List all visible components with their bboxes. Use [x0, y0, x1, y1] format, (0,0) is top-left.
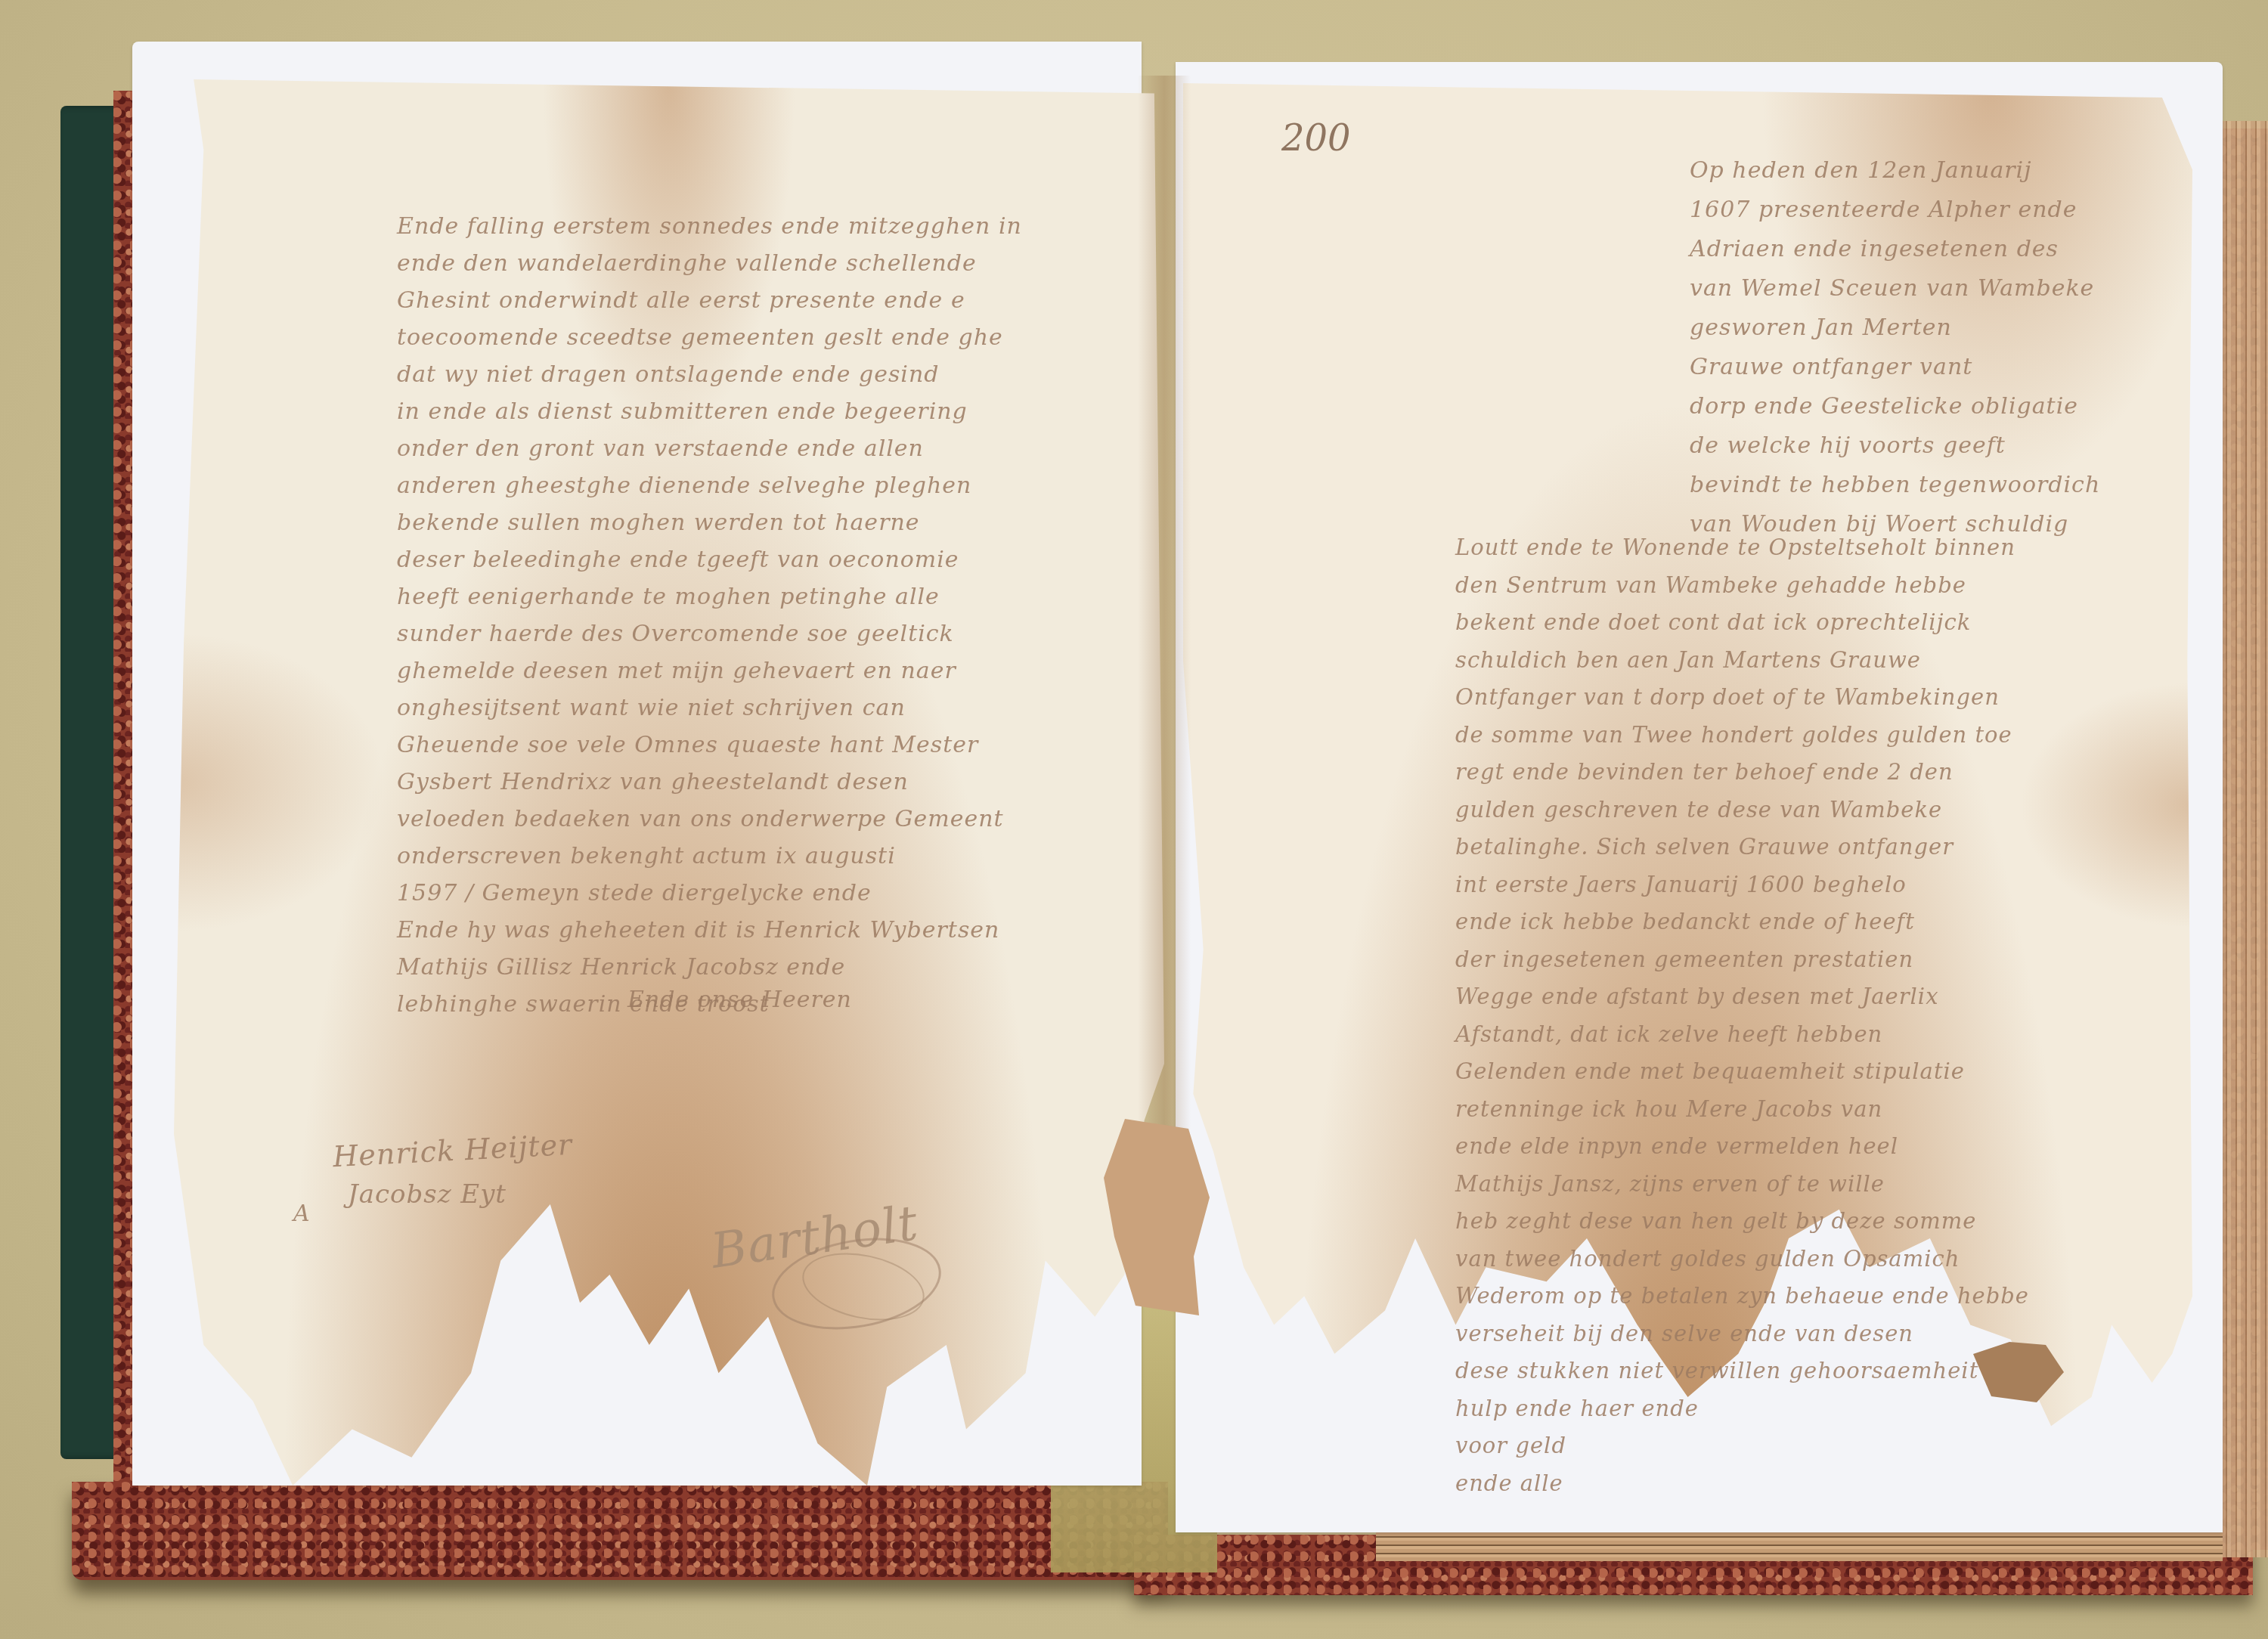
- manuscript-line: onghesijtsent want wie niet schrijven ca…: [397, 689, 1022, 727]
- manuscript-line: ghemelde deesen met mijn gehevaert en na…: [397, 652, 1022, 689]
- manuscript-line: dat wy niet dragen ontslagende ende gesi…: [397, 356, 1022, 393]
- signature-2: Jacobsz Eyt: [348, 1179, 507, 1210]
- manuscript-line: Gheuende soe vele Omnes quaeste hant Mes…: [397, 727, 1022, 764]
- heading-line: dorp ende Geestelicke obligatie: [1690, 387, 2100, 426]
- body-line: gulden geschreven te dese van Wambeke: [1455, 792, 2029, 829]
- body-line: der ingesetenen gemeenten prestatien: [1455, 941, 2029, 979]
- manuscript-line: bekende sullen moghen werden tot haerne: [397, 504, 1022, 541]
- left-page-text-block: Ende falling eerstem sonnedes ende mitze…: [397, 208, 1022, 1023]
- manuscript-line: onderscreven bekenght actum ix augusti: [397, 838, 1022, 875]
- heading-line: Grauwe ontfanger vant: [1690, 348, 2100, 387]
- body-line: Loutt ende te Wonende te Opsteltseholt b…: [1455, 529, 2029, 567]
- body-line: van twee hondert goldes gulden Opsamich: [1455, 1241, 2029, 1278]
- manuscript-line-dated: 1597 / Gemeyn stede diergelycke ende: [397, 875, 1022, 912]
- body-line: Mathijs Jansz, zijns erven of te wille: [1455, 1166, 2029, 1204]
- manuscript-line: sunder haerde des Overcomende soe geelti…: [397, 615, 1022, 652]
- manuscript-line: deser beleedinghe ende tgeeft van oecono…: [397, 541, 1022, 578]
- heading-line: bevindt te hebben tegenwoordich: [1690, 466, 2100, 505]
- body-line: Wegge ende afstant by desen met Jaerlix: [1455, 978, 2029, 1016]
- heading-line: van Wemel Sceuen van Wambeke: [1690, 269, 2100, 308]
- body-line: Gelenden ende met bequaemheit stipulatie: [1455, 1053, 2029, 1091]
- body-line: ende elde inpyn ende vermelden heel: [1455, 1128, 2029, 1166]
- body-line: bekent ende doet cont dat ick oprechteli…: [1455, 604, 2029, 642]
- body-line: ende alle: [1455, 1465, 2029, 1503]
- body-line: voor geld: [1455, 1427, 2029, 1465]
- margin-mark: A: [293, 1201, 311, 1227]
- manuscript-line: Mathijs Gillisz Henrick Jacobsz ende: [397, 949, 1022, 986]
- manuscript-line: onder den gront van verstaende ende alle…: [397, 430, 1022, 467]
- heading-line: Adriaen ende ingesetenen des: [1690, 230, 2100, 269]
- manuscript-line: heeft eenigerhande te moghen petinghe al…: [397, 578, 1022, 615]
- heading-line: Op heden den 12en Januarij: [1690, 151, 2100, 191]
- right-page-body-block: Loutt ende te Wonende te Opsteltseholt b…: [1455, 529, 2029, 1502]
- body-line: Afstandt, dat ick zelve heeft hebben: [1455, 1016, 2029, 1054]
- manuscript-line: Ende falling eerstem sonnedes ende mitze…: [397, 208, 1022, 245]
- body-line: de somme van Twee hondert goldes gulden …: [1455, 717, 2029, 754]
- body-line: schuldich ben aen Jan Martens Grauwe: [1455, 642, 2029, 680]
- body-line: regt ende bevinden ter behoef ende 2 den: [1455, 754, 2029, 792]
- body-line: dese stukken niet verwillen gehoorsaemhe…: [1455, 1352, 2029, 1390]
- book-gutter-shadow: [1138, 76, 1191, 1285]
- manuscript-line: in ende als dienst submitteren ende bege…: [397, 393, 1022, 430]
- body-line: heb zeght dese van hen gelt by deze somm…: [1455, 1203, 2029, 1241]
- manuscript-line: Ghesint onderwindt alle eerst presente e…: [397, 282, 1022, 319]
- body-line: betalinghe. Sich selven Grauwe ontfanger: [1455, 829, 2029, 866]
- marbled-board-bottom-left: [72, 1482, 1168, 1580]
- folio-number: 200: [1281, 117, 1351, 160]
- closing-line: Ende onse Heeren: [627, 987, 852, 1013]
- manuscript-line: Gysbert Hendrixz van gheestelandt desen: [397, 764, 1022, 801]
- heading-line: gesworen Jan Merten: [1690, 308, 2100, 348]
- manuscript-line: anderen gheestghe dienende selveghe pleg…: [397, 467, 1022, 504]
- body-line: den Sentrum van Wambeke gehadde hebbe: [1455, 567, 2029, 605]
- body-line: retenninge ick hou Mere Jacobs van: [1455, 1091, 2029, 1129]
- right-page-heading-block: Op heden den 12en Januarij 1607 presente…: [1690, 151, 2100, 544]
- manuscript-line: toecoomende sceedtse gemeenten geslt end…: [397, 319, 1022, 356]
- body-line: int eerste Jaers Januarij 1600 beghelo: [1455, 866, 2029, 904]
- body-line: ende ick hebbe bedanckt ende of heeft: [1455, 903, 2029, 941]
- body-line: Ontfanger van t dorp doet of te Wambekin…: [1455, 679, 2029, 717]
- body-line: hulp ende haer ende: [1455, 1390, 2029, 1428]
- body-line: verseheit bij den selve ende van desen: [1455, 1315, 2029, 1353]
- heading-line: 1607 presenteerde Alpher ende: [1690, 191, 2100, 230]
- body-line: Wederom op te betalen zyn behaeue ende h…: [1455, 1278, 2029, 1315]
- manuscript-line: veloeden bedaeken van ons onderwerpe Gem…: [397, 801, 1022, 838]
- manuscript-line: Ende hy was gheheeten dit is Henrick Wyb…: [397, 912, 1022, 949]
- heading-line: de welcke hij voorts geeft: [1690, 426, 2100, 466]
- manuscript-line: ende den wandelaerdinghe vallende schell…: [397, 245, 1022, 282]
